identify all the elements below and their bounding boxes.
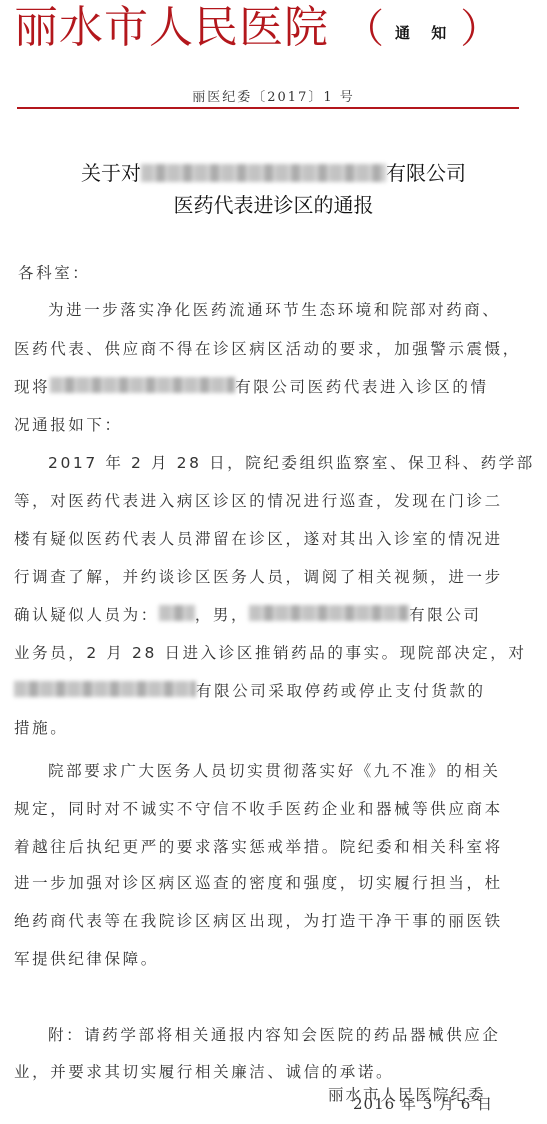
p3-line5: 绝药商代表等在我院诊区病区出现，为打造干净干事的丽医铁 <box>14 906 503 936</box>
salutation: 各科室： <box>18 258 90 288</box>
redacted-company-name <box>249 605 409 621</box>
p1-line4: 况通报如下： <box>14 410 123 440</box>
p2-line2: 等，对医药代表进入病区诊区的情况进行巡查，发现在门诊二 <box>14 486 503 516</box>
doc-type: 通 知 <box>395 24 454 42</box>
p2-line7: 有限公司采取停药或停止支付货款的 <box>14 676 486 706</box>
p2-line5: 确认疑似人员为：，男，有限公司 <box>14 600 482 630</box>
p3-line6: 军提供纪律保障。 <box>14 944 159 974</box>
p2-line3: 楼有疑似医药代表人员滞留在诊区，遂对其出入诊室的情况进 <box>14 524 503 554</box>
p1-line3: 现将有限公司医药代表进入诊区的情 <box>14 372 489 402</box>
redacted-company-name <box>141 164 386 182</box>
doc-title-line1: 关于对有限公司 <box>0 158 547 188</box>
org-name: 丽水市人民医院 <box>14 2 329 53</box>
p1-line1: 为进一步落实净化医药流通环节生态环境和院部对药商、 <box>48 295 501 325</box>
letterhead-title: 丽水市人民医院 （通 知） <box>14 2 501 59</box>
doc-number: 丽医纪委〔2017〕1 号 <box>0 86 547 105</box>
open-paren: （ <box>344 6 385 52</box>
redacted-person-name <box>159 605 195 621</box>
title-suffix: 有限公司 <box>386 161 466 185</box>
redacted-company-name <box>50 377 235 393</box>
p3-line2: 规定，同时对不诚实不守信不收手医药企业和器械等供应商本 <box>14 794 503 824</box>
p2-line8: 措施。 <box>14 713 68 743</box>
p1-line2: 医药代表、供应商不得在诊区病区活动的要求，加强警示震慑， <box>14 334 521 364</box>
p2-line1: 2017 年 2 月 28 日，院纪委组织监察室、保卫科、药学部 <box>48 448 535 478</box>
p3-line4: 进一步加强对诊区病区巡查的密度和强度，切实履行担当，杜 <box>14 868 503 898</box>
attachment-line1: 附：请药学部将相关通报内容知会医院的药品器械供应企 <box>48 1020 501 1050</box>
redacted-company-name <box>14 681 196 697</box>
p2-line4: 行调查了解，并约谈诊区医务人员，调阅了相关视频，进一步 <box>14 562 503 592</box>
title-prefix: 关于对 <box>81 161 141 185</box>
doc-title-line2: 医药代表进诊区的通报 <box>0 190 547 220</box>
p3-line3: 着越往后执纪更严的要求落实惩戒举措。院纪委和相关科室将 <box>14 832 503 862</box>
signature-date: 2016 年 3 月 6 日 <box>353 1093 493 1114</box>
close-paren: ） <box>460 6 501 52</box>
p2-line6: 业务员，2 月 28 日进入诊区推销药品的事实。现院部决定，对 <box>14 638 526 668</box>
red-divider <box>17 107 519 109</box>
p3-line1: 院部要求广大医务人员切实贯彻落实好《九不准》的相关 <box>48 756 501 786</box>
